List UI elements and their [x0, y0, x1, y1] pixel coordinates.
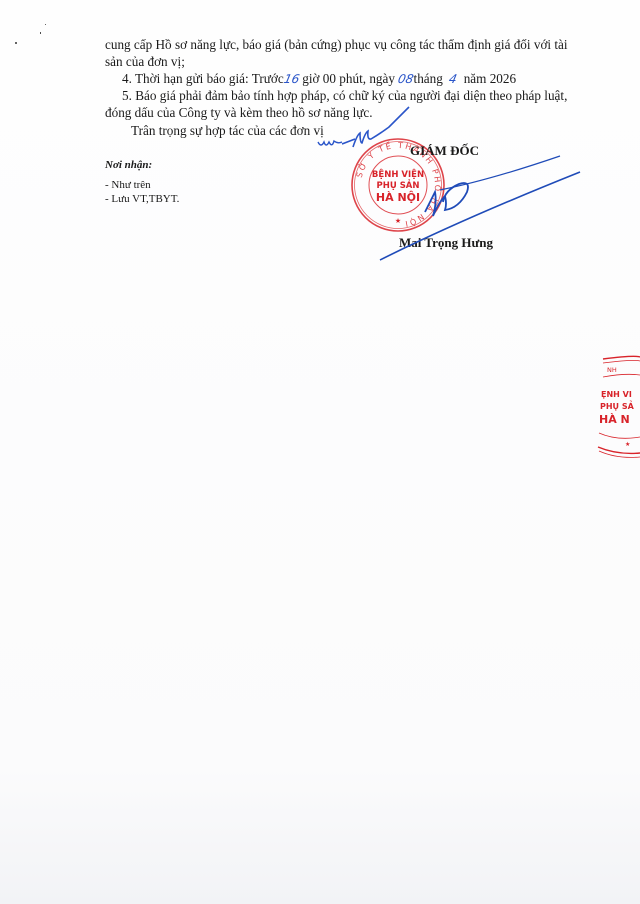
scan-speck	[40, 32, 41, 34]
director-signature	[340, 150, 590, 260]
deadline-after-month: năm 2026	[464, 71, 516, 86]
edge-stamp: NH ẸNH VI PHỤ SẢ HÀ N ★	[595, 355, 640, 465]
scan-speck	[45, 24, 46, 25]
recipient-item: - Lưu VT,TBYT.	[105, 191, 179, 208]
svg-text:ẸNH VI: ẸNH VI	[601, 390, 632, 399]
document-page: cung cấp Hồ sơ năng lực, báo giá (bản cứ…	[0, 0, 640, 904]
svg-text:NH: NH	[607, 366, 617, 374]
svg-text:PHỤ SẢ: PHỤ SẢ	[600, 400, 635, 411]
paragraph-line: cung cấp Hồ sơ năng lực, báo giá (bản cứ…	[105, 36, 568, 53]
paragraph-line: sản của đơn vị;	[105, 53, 185, 70]
deadline-item: 4. Thời hạn gửi báo giá: Trước16 giờ 00 …	[122, 70, 516, 88]
deadline-after-day: tháng	[414, 71, 443, 86]
deadline-after-hour: giờ 00 phút, ngày	[302, 71, 395, 86]
handwritten-month: 4	[448, 71, 459, 88]
handwritten-hour: 16	[282, 71, 301, 88]
deadline-prefix: 4. Thời hạn gửi báo giá: Trước	[122, 71, 284, 86]
svg-text:★: ★	[625, 441, 630, 448]
recipients-label: Nơi nhận:	[105, 157, 152, 174]
scan-speck	[15, 42, 17, 44]
svg-text:HÀ N: HÀ N	[599, 413, 630, 426]
closing-line: Trân trọng sự hợp tác của các đơn vị	[131, 122, 324, 139]
handwritten-day: 08	[396, 71, 415, 88]
